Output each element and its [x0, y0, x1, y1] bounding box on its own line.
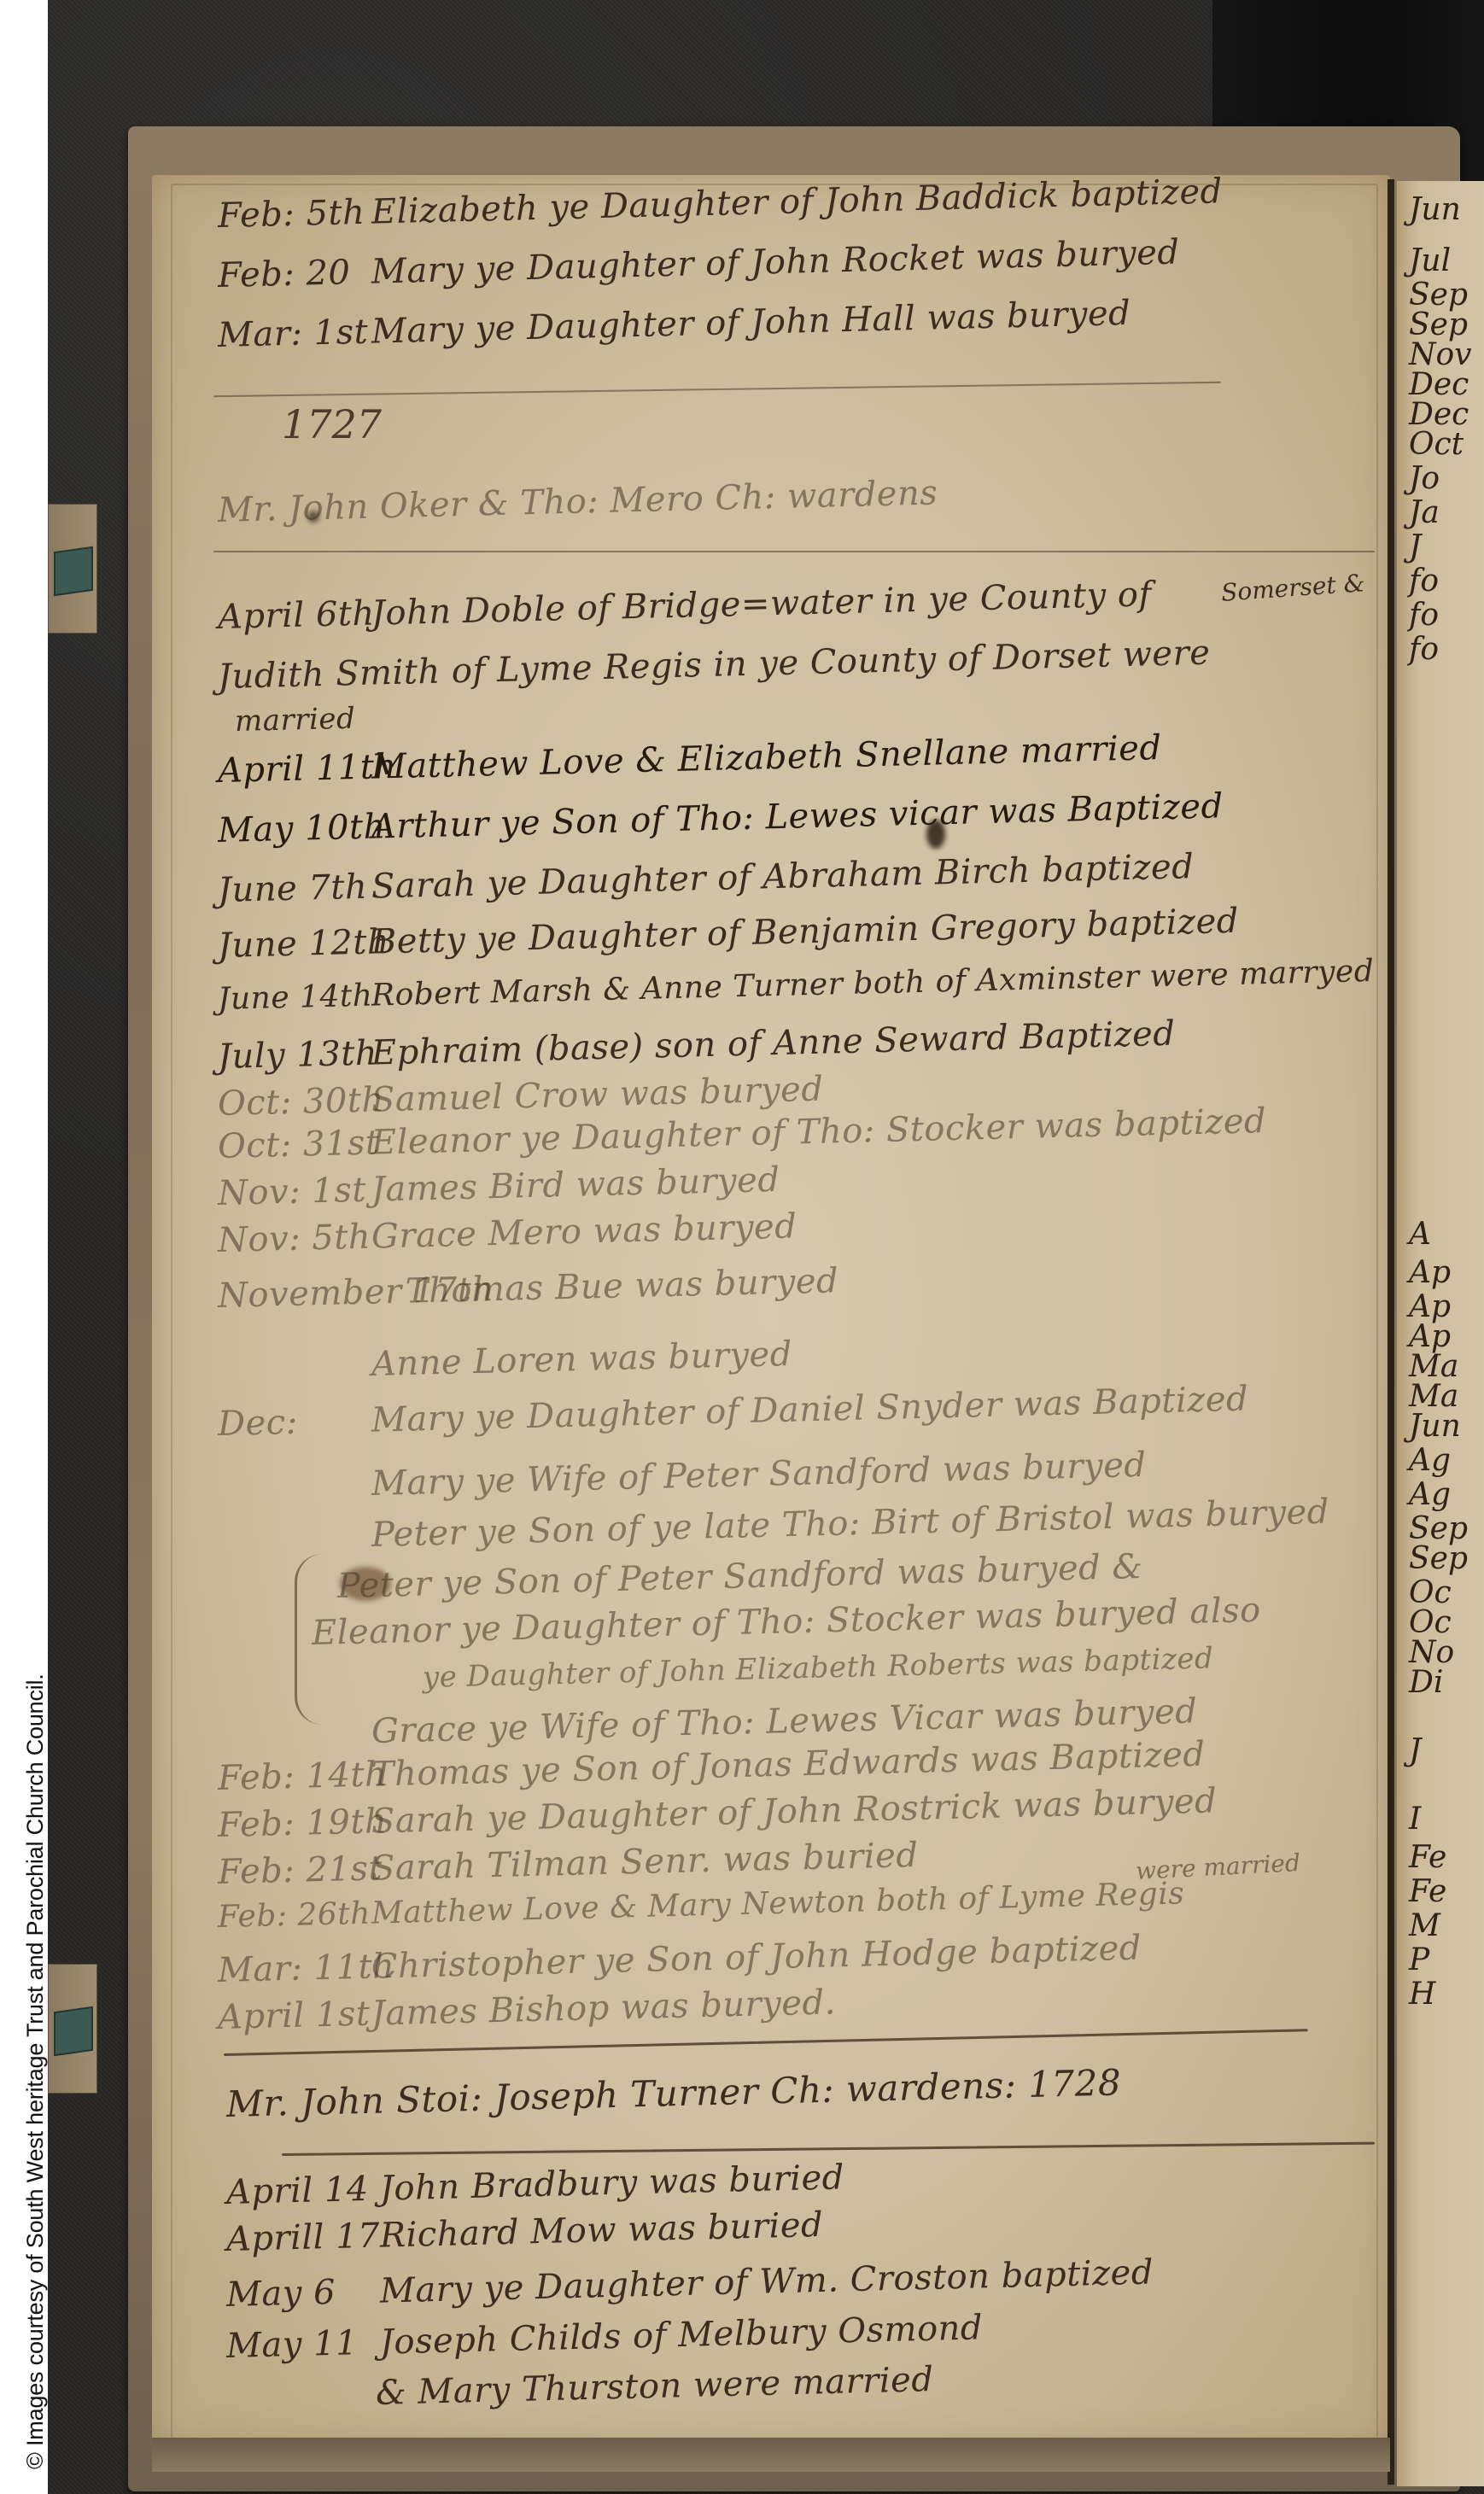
right-page-fragment: Jul — [1409, 243, 1451, 278]
page-bottom-edge — [152, 2438, 1390, 2472]
entry-date: Feb: 26th — [217, 1896, 371, 1935]
right-page-fragment: Di — [1409, 1665, 1443, 1700]
clasp-gem-icon — [54, 2006, 93, 2056]
entry-date: May 6 — [225, 2272, 380, 2315]
right-page-fragment: H — [1409, 1977, 1435, 2012]
right-page-fragment: Fe — [1409, 1874, 1446, 1909]
entry-date: Feb: 21st — [217, 1849, 371, 1892]
entry-date: Feb: 14th — [217, 1755, 371, 1798]
entry-date: April 14 — [225, 2170, 380, 2212]
entry-date: June 7th — [217, 867, 371, 910]
right-page-fragment: Sep — [1409, 1541, 1468, 1576]
right-page-fragment: Oct — [1409, 427, 1464, 462]
right-page-fragment: Ag — [1409, 1443, 1451, 1478]
right-page-fragment: I — [1409, 1802, 1421, 1837]
right-page-fragment: Jo — [1409, 461, 1440, 496]
right-page-fragment: A — [1409, 1217, 1431, 1252]
entry-date: Oct: 31st — [217, 1124, 371, 1166]
entry-date: May 11 — [225, 2323, 380, 2366]
entry-date: Aprill 17 — [225, 2217, 380, 2259]
right-page-fragment: Ap — [1409, 1255, 1451, 1290]
right-page-fragment: J — [1409, 1733, 1421, 1768]
entry-date: November 17th — [217, 1272, 406, 1316]
entry-date: Oct: 30th — [217, 1081, 371, 1124]
right-page-fragment: Ag — [1409, 1477, 1451, 1512]
entry-date: July 13th — [217, 1034, 371, 1077]
entry-date: Nov: 5th — [217, 1218, 371, 1260]
book-clasp-top — [48, 504, 97, 634]
entry-date: June 12th — [217, 923, 371, 966]
right-page-fragment: Ja — [1409, 495, 1440, 530]
right-page-fragment: fo — [1409, 598, 1439, 633]
entry-date: April 11th — [217, 748, 371, 791]
entry-date: April 6th — [217, 594, 371, 637]
entry-date: Feb: 5th — [217, 193, 371, 236]
right-page-fragment: Fe — [1409, 1840, 1446, 1875]
copyright-credit: © Images courtesy of South West heritage… — [24, 1673, 47, 2469]
entry-date: Dec: — [217, 1401, 371, 1444]
right-page-fragment: P — [1409, 1942, 1429, 1977]
entry-date: Feb: 19th — [217, 1802, 371, 1845]
book-clasp-bottom — [48, 1964, 97, 2094]
divider-rule — [213, 551, 1375, 552]
entry-date: Feb: 20 — [217, 253, 371, 295]
clasp-gem-icon — [54, 546, 93, 596]
right-page-fragment: fo — [1409, 632, 1439, 667]
right-page-fragment: Jun — [1409, 192, 1461, 227]
entry-date: Nov: 1st — [217, 1171, 371, 1213]
right-page-fragment: fo — [1409, 564, 1439, 599]
year-heading-1727: 1727 — [282, 401, 382, 447]
right-page-fragment: M — [1409, 1908, 1440, 1943]
entry-date: April 1st — [217, 1995, 371, 2037]
entry-date: June 14th — [217, 978, 371, 1017]
register-entry: married — [235, 702, 356, 739]
right-page-fragment: Jun — [1409, 1409, 1461, 1444]
spine-gutter — [1388, 179, 1394, 2485]
entry-text: married — [235, 702, 356, 739]
entry-date: Mar: 1st — [217, 312, 371, 355]
entry-date: Mar: 11th — [217, 1948, 371, 1990]
right-page-fragment: J — [1409, 529, 1421, 564]
credit-strip: © Images courtesy of South West heritage… — [0, 0, 48, 2494]
entry-date: May 10th — [217, 808, 371, 850]
